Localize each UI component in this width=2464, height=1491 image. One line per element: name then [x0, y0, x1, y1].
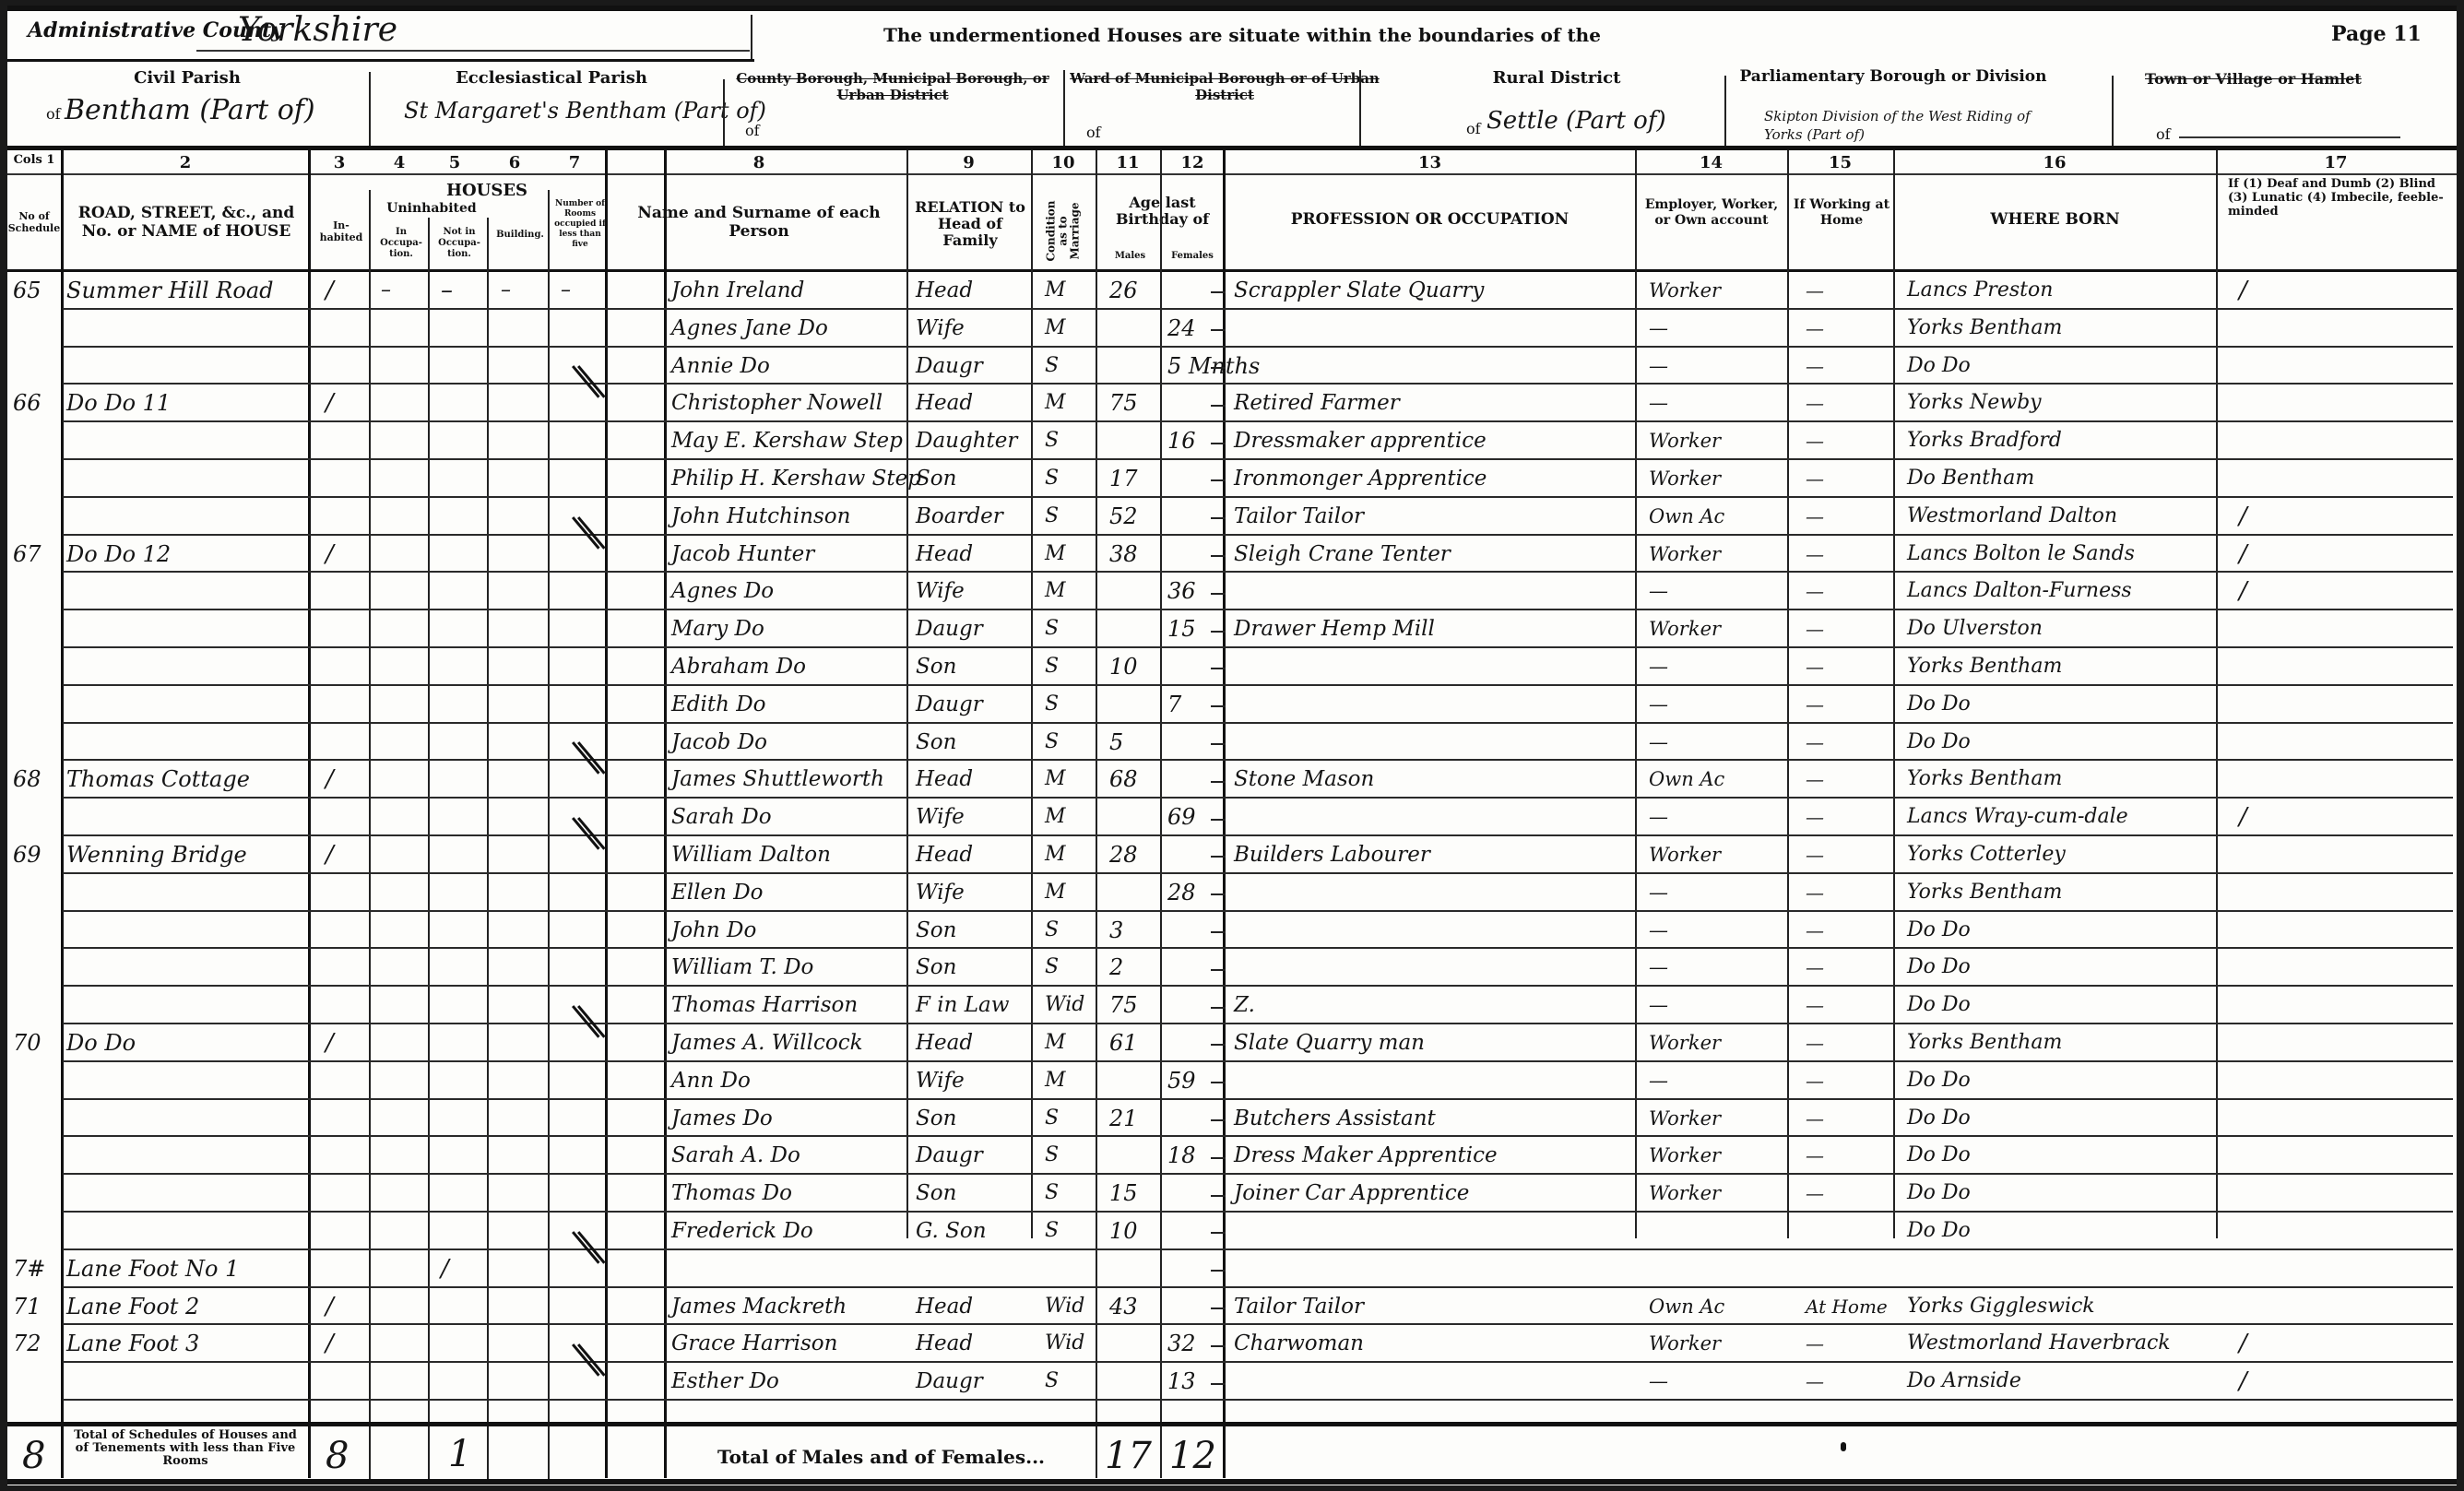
enumerator-tick — [1211, 1270, 1226, 1272]
table-row: Ellen DoWifeM28——Yorks Bentham — [7, 875, 2457, 913]
divider — [1724, 76, 1726, 146]
cell-born: Do Do — [1907, 1105, 1971, 1132]
row-rule — [63, 571, 2453, 573]
cell-cond: S — [1045, 917, 1059, 944]
row-rule — [63, 346, 2453, 348]
cell-occ: Slate Quarry man — [1234, 1029, 1425, 1057]
cell-rel: Wife — [916, 803, 965, 831]
cell-name: Edith Do — [671, 691, 766, 718]
cell-name: James Mackreth — [671, 1293, 847, 1320]
cell-name: Jacob Hunter — [671, 540, 814, 568]
cell-emp: — — [1649, 879, 1668, 906]
cell-rel: Wife — [916, 879, 965, 906]
cell-female: 69 — [1167, 803, 1196, 831]
cell-born: Yorks Bentham — [1907, 653, 2062, 680]
cell-born: Do Do — [1907, 728, 1971, 756]
totals-uninhabited: 1 — [448, 1433, 471, 1475]
col-header-schedule: No of Schedule — [7, 210, 61, 234]
table-row: 66Do Do 11/Christopher NowellHeadM75Reti… — [7, 385, 2457, 423]
cell-male: 43 — [1109, 1293, 1138, 1320]
cell-cond: M — [1045, 277, 1066, 304]
cell-rel: Daugr — [916, 352, 983, 380]
cell-emp: Worker — [1649, 1179, 1721, 1207]
cell-born: Do Do — [1907, 1142, 1971, 1169]
cell-born: Do Do — [1907, 1217, 1971, 1245]
cell-home: — — [1806, 615, 1824, 643]
totals-females: 12 — [1169, 1435, 1216, 1477]
table-row: Ann DoWifeM59——Do Do — [7, 1063, 2457, 1101]
table-row: Philip H. Kershaw StepSonS17Ironmonger A… — [7, 461, 2457, 499]
cell-rel: Boarder — [916, 503, 1003, 530]
cell-male: 52 — [1109, 503, 1138, 530]
cell-born: Do Do — [1907, 352, 1971, 380]
table-row: 68Thomas Cottage/James ShuttleworthHeadM… — [7, 762, 2457, 799]
cell-road: Lane Foot 3 — [66, 1330, 199, 1357]
col-header-in-occupation: In Occupa-tion. — [373, 227, 429, 260]
cell-name: John Ireland — [671, 277, 804, 304]
cell-born: Yorks Newby — [1907, 389, 2042, 417]
cell-road: Lane Foot 2 — [66, 1293, 199, 1320]
cell-cond: Wid — [1045, 1293, 1084, 1320]
ward-label: Ward of Municipal Borough or of Urban Di… — [1068, 70, 1381, 103]
cell-male: 26 — [1109, 277, 1138, 304]
admin-county-underline — [196, 50, 750, 52]
cell-rel: Daugr — [916, 1367, 983, 1395]
cell-emp: — — [1649, 917, 1668, 944]
col-header-occupation: PROFESSION OR OCCUPATION — [1225, 210, 1635, 229]
table-row: William T. DoSonS2——Do Do — [7, 950, 2457, 988]
cell-occ: Dress Maker Apprentice — [1234, 1142, 1498, 1169]
row-rule — [63, 1248, 2453, 1250]
cell-occ: Joiner Car Apprentice — [1234, 1179, 1469, 1207]
cell-born: Yorks Bentham — [1907, 314, 2062, 342]
cell-rel: F in Law — [916, 991, 1009, 1019]
cell-emp: — — [1649, 352, 1668, 380]
row-rule — [63, 1399, 2453, 1401]
cell-cond: Wid — [1045, 991, 1084, 1019]
cell-home: — — [1806, 314, 1824, 342]
table-row: 71Lane Foot 2/James MackrethHeadWid43Tai… — [7, 1289, 2457, 1327]
cell-cond: M — [1045, 1067, 1066, 1095]
divider — [1063, 70, 1065, 146]
col-header-age: Age last Birthday of — [1105, 195, 1220, 228]
col-number-12: 12 — [1160, 153, 1225, 172]
table-row: Frederick DoG. SonS10Do Do — [7, 1213, 2457, 1251]
header-bottom-rule — [7, 146, 2457, 150]
cell-home: — — [1806, 803, 1824, 831]
cell-inh: / — [326, 765, 334, 793]
table-row: Sarah A. DoDaugrS18Dress Maker Apprentic… — [7, 1138, 2457, 1176]
cell-born: Yorks Giggleswick — [1907, 1293, 2095, 1320]
enumerator-tick — [1211, 856, 1226, 858]
enumerator-tick — [1211, 443, 1226, 444]
col-number-8: 8 — [611, 153, 906, 172]
cell-rel: Head — [916, 277, 973, 304]
table-row: 70Do Do/James A. WillcockHeadM61Slate Qu… — [7, 1025, 2457, 1063]
cell-female: 5 Mnths — [1167, 352, 1223, 380]
cell-born: Yorks Cotterley — [1907, 841, 2066, 869]
table-row: May E. Kershaw StepDaughterS16Dressmaker… — [7, 423, 2457, 461]
cell-home: — — [1806, 1142, 1824, 1169]
cell-born: Do Ulverston — [1907, 615, 2043, 643]
cell-emp: Worker — [1649, 1029, 1721, 1057]
table-row: John DoSonS3——Do Do — [7, 913, 2457, 951]
cell-home: — — [1806, 1067, 1824, 1095]
cell-sched: 71 — [13, 1293, 41, 1320]
eccl-parish-label: Ecclesiastical Parish — [376, 68, 727, 88]
table-row: Edith DoDaugrS7——Do Do — [7, 687, 2457, 725]
totals-top-rule — [7, 1422, 2457, 1426]
cell-male: 3 — [1109, 917, 1123, 944]
col-number-2: 2 — [61, 153, 310, 172]
cell-bld: – — [501, 277, 511, 304]
cell-emp: — — [1649, 728, 1668, 756]
rural-district-value: Settle (Part of) — [1487, 107, 1666, 135]
parl-borough-label: Parliamentary Borough or Division — [1732, 68, 2055, 85]
cell-born: Do Do — [1907, 991, 1971, 1019]
ward-of: of — [1086, 124, 1101, 141]
cell-male: 75 — [1109, 991, 1138, 1019]
cell-female: 7 — [1167, 691, 1181, 718]
cell-cond: S — [1045, 465, 1059, 492]
preamble-text: The undermentioned Houses are situate wi… — [883, 24, 1601, 46]
cell-sched: 68 — [13, 765, 41, 793]
divider — [751, 15, 752, 59]
census-page: Administrative County Yorkshire The unde… — [7, 6, 2457, 1485]
enumerator-tick — [1211, 1232, 1226, 1234]
cell-rel: Son — [916, 953, 956, 981]
cell-home: — — [1806, 879, 1824, 906]
table-row: Annie DoDaugrS5 Mnths——Do Do — [7, 349, 2457, 386]
cell-rooms: – — [561, 277, 571, 304]
cell-cond: M — [1045, 540, 1066, 568]
cell-inf: / — [2239, 803, 2247, 831]
cell-home: At Home — [1806, 1293, 1888, 1320]
cell-occ: Tailor Tailor — [1234, 503, 1364, 530]
cell-home: — — [1806, 728, 1824, 756]
row-rule — [63, 496, 2453, 498]
cell-emp: — — [1649, 389, 1668, 417]
cell-name: James Do — [671, 1105, 773, 1132]
col-number-17: 17 — [2216, 153, 2456, 172]
row-rule — [63, 797, 2453, 799]
cell-rel: Son — [916, 653, 956, 680]
cell-inh: / — [326, 277, 334, 304]
admin-county-value: Yorkshire — [238, 11, 397, 49]
cell-road: Do Do — [66, 1029, 136, 1057]
totals-males-females-label: Total of Males and of Females... — [717, 1446, 1045, 1468]
cell-rel: Son — [916, 1179, 956, 1207]
cell-cond: M — [1045, 803, 1066, 831]
cell-emp: Worker — [1649, 1105, 1721, 1132]
cell-cond: S — [1045, 1217, 1059, 1245]
rural-district-of: of — [1466, 120, 1481, 137]
cell-road: Wenning Bridge — [66, 841, 247, 869]
cell-inh: / — [326, 389, 334, 417]
cell-born: Yorks Bradford — [1907, 427, 2062, 455]
cell-cond: S — [1045, 953, 1059, 981]
cell-emp: — — [1649, 1067, 1668, 1095]
row-rule — [63, 1023, 2453, 1024]
cell-occ: Scrappler Slate Quarry — [1234, 277, 1484, 304]
admin-bottom-rule — [7, 59, 754, 62]
row-rule — [63, 383, 2453, 385]
cell-born: Westmorland Haverbrack — [1907, 1330, 2171, 1357]
cell-road: Thomas Cottage — [66, 765, 250, 793]
cell-rel: Head — [916, 1330, 973, 1357]
cell-male: 17 — [1109, 465, 1138, 492]
cell-inf: / — [2239, 1330, 2247, 1357]
parl-borough-value: Skipton Division of the West Riding of Y… — [1764, 107, 2041, 144]
enumerator-tick — [1211, 329, 1226, 331]
cell-male: 38 — [1109, 540, 1138, 568]
cell-emp: Worker — [1649, 427, 1721, 455]
table-row: 67Do Do 12/Jacob HunterHeadM38Sleigh Cra… — [7, 537, 2457, 574]
header-rows-rule — [7, 269, 2457, 272]
enumerator-tick — [1211, 781, 1226, 783]
cell-female: 28 — [1167, 879, 1196, 906]
cell-sched: 7# — [13, 1255, 45, 1283]
cell-rel: Son — [916, 465, 956, 492]
civil-parish-of: of — [46, 105, 61, 123]
cell-name: James Shuttleworth — [671, 765, 884, 793]
cell-occ: Retired Farmer — [1234, 389, 1400, 417]
cell-sched: 69 — [13, 841, 41, 869]
county-borough-label: County Borough, Municipal Borough, or Ur… — [727, 70, 1059, 103]
cell-home: — — [1806, 1330, 1824, 1357]
cell-born: Yorks Bentham — [1907, 1029, 2062, 1057]
enumerator-tick — [1211, 1157, 1226, 1159]
cell-born: Do Do — [1907, 1067, 1971, 1095]
cell-name: Jacob Do — [671, 728, 767, 756]
row-rule — [63, 609, 2453, 610]
cell-name: William Dalton — [671, 841, 831, 869]
cell-home: — — [1806, 653, 1824, 680]
cell-home: — — [1806, 1029, 1824, 1057]
row-rule — [63, 1361, 2453, 1363]
cell-male: 28 — [1109, 841, 1138, 869]
row-rule — [63, 910, 2453, 912]
cell-cond: S — [1045, 1179, 1059, 1207]
cell-born: Do Do — [1907, 917, 1971, 944]
row-rule — [63, 759, 2453, 761]
cell-born: Lancs Bolton le Sands — [1907, 540, 2135, 568]
cell-sched: 67 — [13, 540, 41, 568]
col-header-infirmity: If (1) Deaf and Dumb (2) Blind (3) Lunat… — [2228, 177, 2449, 219]
cell-born: Lancs Preston — [1907, 277, 2053, 304]
colnum-rule — [7, 173, 2457, 175]
table-row: Thomas DoSonS15Joiner Car ApprenticeWork… — [7, 1176, 2457, 1213]
table-row: Agnes DoWifeM36——Lancs Dalton-Furness/ — [7, 574, 2457, 611]
col-header-uninhabited: Uninhabited — [372, 201, 492, 216]
enumerator-tick — [1211, 479, 1226, 481]
cell-female: 36 — [1167, 577, 1196, 605]
col-header-employer: Employer, Worker, or Own account — [1638, 197, 1785, 229]
cell-occ: Stone Mason — [1234, 765, 1374, 793]
cell-name: Grace Harrison — [671, 1330, 837, 1357]
cell-rel: Head — [916, 1293, 973, 1320]
cell-emp: — — [1649, 1367, 1668, 1395]
enumerator-tick — [1211, 555, 1226, 557]
cell-home: — — [1806, 540, 1824, 568]
cell-female: 15 — [1167, 615, 1196, 643]
col-header-females: Females — [1160, 251, 1225, 261]
enumerator-tick — [1211, 631, 1226, 633]
cell-occ: Charwoman — [1234, 1330, 1364, 1357]
row-rule — [63, 684, 2453, 686]
cell-road: Do Do 12 — [66, 540, 171, 568]
cell-born: Do Do — [1907, 1179, 1971, 1207]
cell-rel: Head — [916, 841, 973, 869]
cell-home: — — [1806, 503, 1824, 530]
cell-home: — — [1806, 991, 1824, 1019]
table-row: Jacob DoSonS5——Do Do — [7, 725, 2457, 763]
cell-male: 68 — [1109, 765, 1138, 793]
row-rule — [63, 1135, 2453, 1137]
cell-emp: — — [1649, 691, 1668, 718]
cell-cond: M — [1045, 1029, 1066, 1057]
cell-emp: — — [1649, 991, 1668, 1019]
cell-female: 18 — [1167, 1142, 1196, 1169]
cell-name: John Hutchinson — [671, 503, 850, 530]
cell-inh: / — [326, 540, 334, 568]
divider — [723, 79, 725, 146]
cell-male: 2 — [1109, 953, 1123, 981]
bottom-border — [7, 1479, 2457, 1485]
cell-home: — — [1806, 577, 1824, 605]
cell-rel: Head — [916, 765, 973, 793]
col-number-11: 11 — [1096, 153, 1160, 172]
row-rule — [63, 1323, 2453, 1325]
cell-home: — — [1806, 465, 1824, 492]
cell-born: Lancs Dalton-Furness — [1907, 577, 2132, 605]
cell-emp: Worker — [1649, 465, 1721, 492]
col-number-3: 3 — [312, 153, 367, 172]
enumerator-tick — [1211, 1007, 1226, 1009]
row-rule — [63, 834, 2453, 836]
table-row: 65Summer Hill Road/––––John IrelandHeadM… — [7, 273, 2457, 311]
col-header-houses: HOUSES — [372, 181, 602, 200]
cell-cond: S — [1045, 691, 1059, 718]
cell-occ: Drawer Hemp Mill — [1234, 615, 1435, 643]
table-row: 69Wenning Bridge/William DaltonHeadM28Bu… — [7, 837, 2457, 875]
cell-cond: S — [1045, 1105, 1059, 1132]
cell-road: Lane Foot No 1 — [66, 1255, 239, 1283]
cell-name: John Do — [671, 917, 756, 944]
civil-parish-label: Civil Parish — [35, 68, 339, 88]
cell-inf: / — [2239, 503, 2247, 530]
cell-road: Do Do 11 — [66, 389, 171, 417]
divider — [2112, 76, 2114, 146]
ink-dot — [1841, 1442, 1846, 1451]
cell-born: Yorks Bentham — [1907, 879, 2062, 906]
col-header-where-born: WHERE BORN — [1896, 210, 2214, 229]
cell-occ: Builders Labourer — [1234, 841, 1430, 869]
cell-rel: Daugr — [916, 691, 983, 718]
col-number-4: 4 — [372, 153, 427, 172]
cell-unocc: / — [441, 1255, 449, 1283]
enumerator-tick — [1211, 819, 1226, 821]
enumerator-tick — [1211, 931, 1226, 933]
col-number-14: 14 — [1635, 153, 1787, 172]
cell-inf: / — [2239, 277, 2247, 304]
row-rule — [63, 458, 2453, 460]
cell-emp: — — [1649, 653, 1668, 680]
cell-born: Do Arnside — [1907, 1367, 2021, 1395]
cell-name: Ann Do — [671, 1067, 751, 1095]
col-header-name: Name and Surname of each Person — [616, 204, 902, 241]
row-rule — [63, 1060, 2453, 1062]
divider — [1359, 70, 1361, 146]
cell-name: Thomas Do — [671, 1179, 792, 1207]
cell-rel: Wife — [916, 577, 965, 605]
divider — [369, 72, 371, 146]
cell-home: — — [1806, 1179, 1824, 1207]
cell-male: 5 — [1109, 728, 1123, 756]
enumerator-tick — [1211, 1082, 1226, 1083]
totals-schedules-value: 8 — [22, 1435, 45, 1477]
enumerator-tick — [1211, 291, 1226, 293]
table-row: 72Lane Foot 3/Grace HarrisonHeadWid32Cha… — [7, 1326, 2457, 1364]
cell-occ: Dressmaker apprentice — [1234, 427, 1487, 455]
cell-inh: / — [326, 841, 334, 869]
cell-cond: M — [1045, 879, 1066, 906]
cell-male: 75 — [1109, 389, 1138, 417]
cell-born: Do Do — [1907, 691, 1971, 718]
civil-parish-value: Bentham (Part of) — [65, 94, 315, 126]
row-rule — [63, 1211, 2453, 1213]
cell-cond: M — [1045, 389, 1066, 417]
col-header-not-in-occupation: Not in Occupa-tion. — [432, 227, 487, 260]
enumerator-tick — [1211, 1195, 1226, 1197]
cell-rel: Daugr — [916, 1142, 983, 1169]
cell-home: — — [1806, 953, 1824, 981]
col-header-inhabited: In-habited — [314, 219, 369, 243]
cell-name: James A. Willcock — [671, 1029, 863, 1057]
cell-name: Agnes Jane Do — [671, 314, 828, 342]
col-number-15: 15 — [1787, 153, 1893, 172]
table-row: Agnes Jane DoWifeM24——Yorks Bentham — [7, 311, 2457, 349]
cell-home: — — [1806, 389, 1824, 417]
cell-cond: S — [1045, 503, 1059, 530]
enumerator-tick — [1211, 517, 1226, 519]
cell-born: Westmorland Dalton — [1907, 503, 2117, 530]
row-rule — [63, 420, 2453, 422]
cell-home: — — [1806, 1367, 1824, 1395]
cell-rel: Wife — [916, 314, 965, 342]
cell-name: Philip H. Kershaw Step — [671, 465, 906, 492]
cell-inh: / — [326, 1330, 334, 1357]
cell-home: — — [1806, 841, 1824, 869]
cell-occ: Butchers Assistant — [1234, 1105, 1436, 1132]
cell-name: Sarah A. Do — [671, 1142, 800, 1169]
col-header-road: ROAD, STREET, &c., and No. or NAME of HO… — [65, 204, 308, 241]
cell-home: — — [1806, 765, 1824, 793]
cell-rel: Son — [916, 1105, 956, 1132]
cell-born: Do Do — [1907, 953, 1971, 981]
table-row: Mary DoDaugrS15Drawer Hemp MillWorker—Do… — [7, 611, 2457, 649]
table-row: 7#Lane Foot No 1/ — [7, 1251, 2457, 1289]
cell-cond: S — [1045, 1367, 1059, 1395]
col-number-5: 5 — [427, 153, 482, 172]
cell-sched: 66 — [13, 389, 41, 417]
cell-cond: Wid — [1045, 1330, 1084, 1357]
cell-notocc: – — [381, 277, 391, 304]
cell-emp: Worker — [1649, 277, 1721, 304]
cell-road: Summer Hill Road — [66, 277, 274, 304]
cell-rel: Head — [916, 389, 973, 417]
cell-inf: / — [2239, 577, 2247, 605]
